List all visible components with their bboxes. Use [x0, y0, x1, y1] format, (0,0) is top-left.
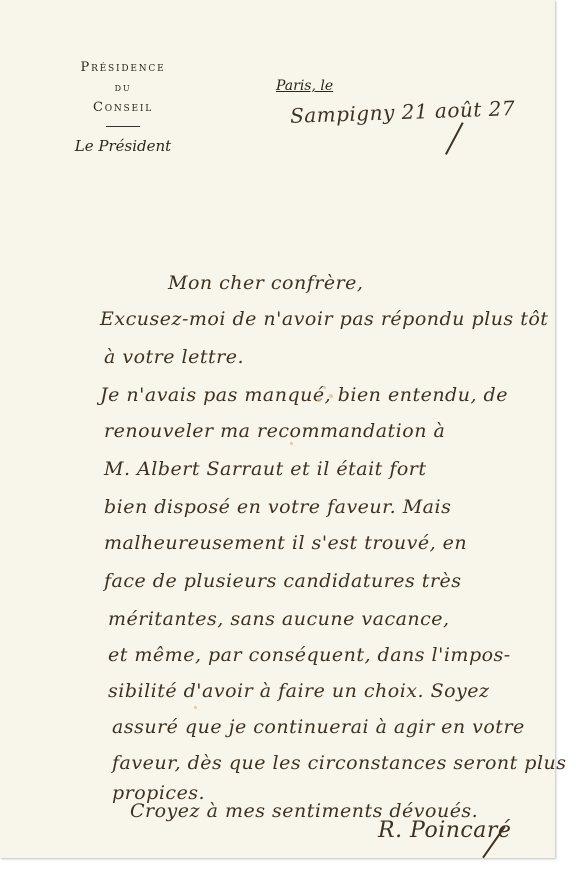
letter-line: Excusez-moi de n'avoir pas répondu plus … — [100, 308, 548, 330]
foxing-spot — [323, 386, 326, 389]
letter-line: Je n'avais pas manqué, bien entendu, de — [100, 384, 508, 406]
letterhead-title: Le Président — [58, 137, 188, 155]
letter-page: Présidence du Conseil Le Président Paris… — [0, 0, 555, 858]
letter-line: renouveler ma recommandation à — [104, 420, 445, 442]
letterhead-divider — [106, 126, 140, 127]
letter-line: bien disposé en votre faveur. Mais — [104, 496, 451, 518]
letter-line: M. Albert Sarraut et il était fort — [104, 458, 427, 480]
signature: R. Poincaré — [378, 818, 511, 843]
foxing-spot — [317, 398, 321, 402]
letter-line: face de plusieurs candidatures très — [104, 570, 462, 592]
letterhead-presidence: Présidence — [58, 58, 188, 78]
letterhead-du: du — [58, 78, 188, 98]
letter-line: faveur, dès que les circonstances seront… — [112, 752, 567, 774]
letter-line: méritantes, sans aucune vacance, — [108, 608, 450, 630]
letter-line: malheureusement il s'est trouvé, en — [104, 532, 467, 554]
letterhead: Présidence du Conseil Le Président — [58, 58, 188, 155]
handwritten-date: Sampigny 21 août 27 — [290, 96, 516, 128]
letter-line: sibilité d'avoir à faire un choix. Soyez — [108, 680, 490, 702]
foxing-spot — [290, 442, 293, 445]
date-flourish — [445, 122, 463, 154]
foxing-spot — [194, 706, 197, 709]
letter-line: à votre lettre. — [104, 346, 244, 368]
letterhead-conseil: Conseil — [58, 98, 188, 118]
letter-line: assuré que je continuerai à agir en votr… — [112, 716, 525, 738]
salutation: Mon cher confrère, — [168, 272, 363, 294]
printed-place: Paris, le — [276, 78, 333, 94]
foxing-spot — [329, 394, 333, 398]
letter-line: et même, par conséquent, dans l'impos- — [108, 644, 511, 666]
